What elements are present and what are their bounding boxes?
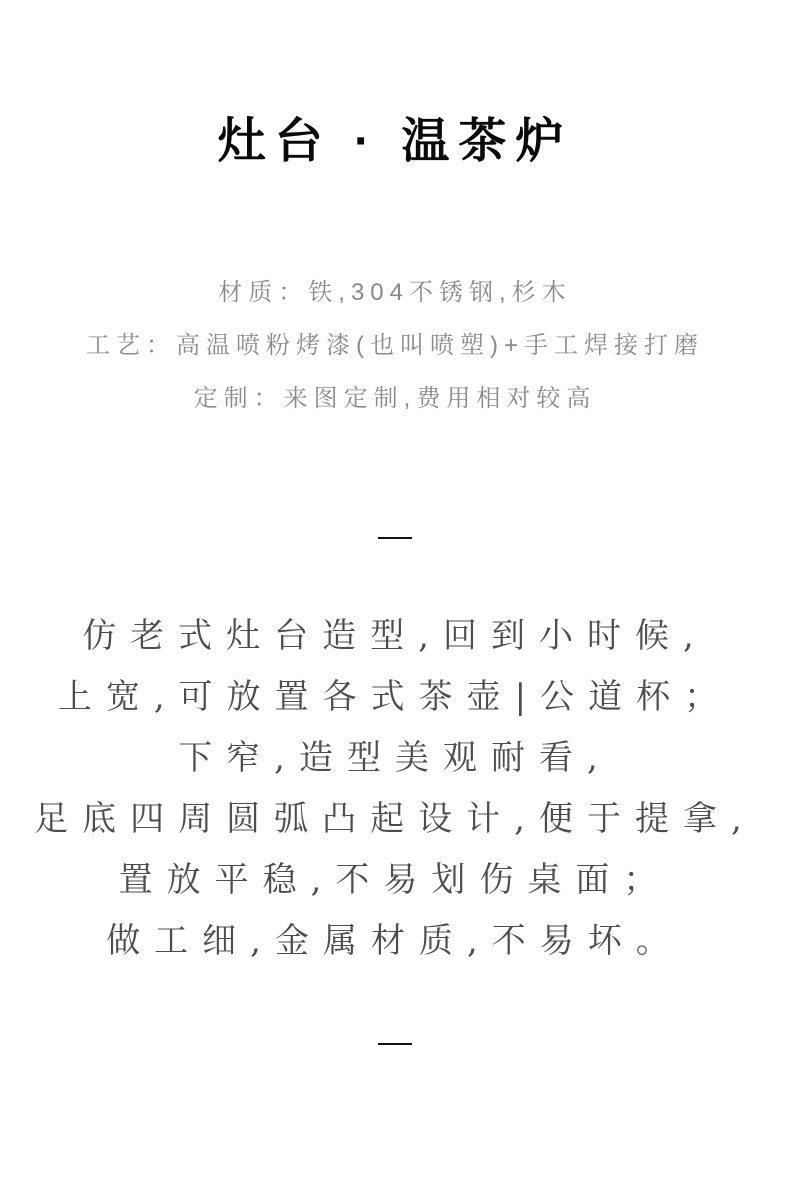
product-specs: 材质：铁,304不锈钢,杉木 工艺：高温喷粉烤漆(也叫喷塑)+手工焊接打磨 定制… — [0, 266, 790, 425]
page-title: 灶台 · 温茶炉 — [0, 114, 790, 169]
divider-line-top — [378, 537, 412, 539]
description-line: 仿老式灶台造型,回到小时候, — [0, 606, 790, 667]
description-line: 做工细,金属材质,不易坏。 — [0, 911, 790, 972]
description-line: 置放平稳,不易划伤桌面； — [0, 850, 790, 911]
spec-craft: 工艺：高温喷粉烤漆(也叫喷塑)+手工焊接打磨 — [0, 319, 790, 372]
description-line: 足底四周圆弧凸起设计,便于提拿, — [0, 789, 790, 850]
product-detail-page: 灶台 · 温茶炉 材质：铁,304不锈钢,杉木 工艺：高温喷粉烤漆(也叫喷塑)+… — [0, 0, 790, 1184]
description-line: 上宽,可放置各式茶壶|公道杯； — [0, 667, 790, 728]
spec-material: 材质：铁,304不锈钢,杉木 — [0, 266, 790, 319]
description-line: 下窄,造型美观耐看, — [0, 728, 790, 789]
spec-customization: 定制：来图定制,费用相对较高 — [0, 372, 790, 425]
divider-line-bottom — [378, 1043, 412, 1045]
product-description: 仿老式灶台造型,回到小时候, 上宽,可放置各式茶壶|公道杯； 下窄,造型美观耐看… — [0, 606, 790, 972]
